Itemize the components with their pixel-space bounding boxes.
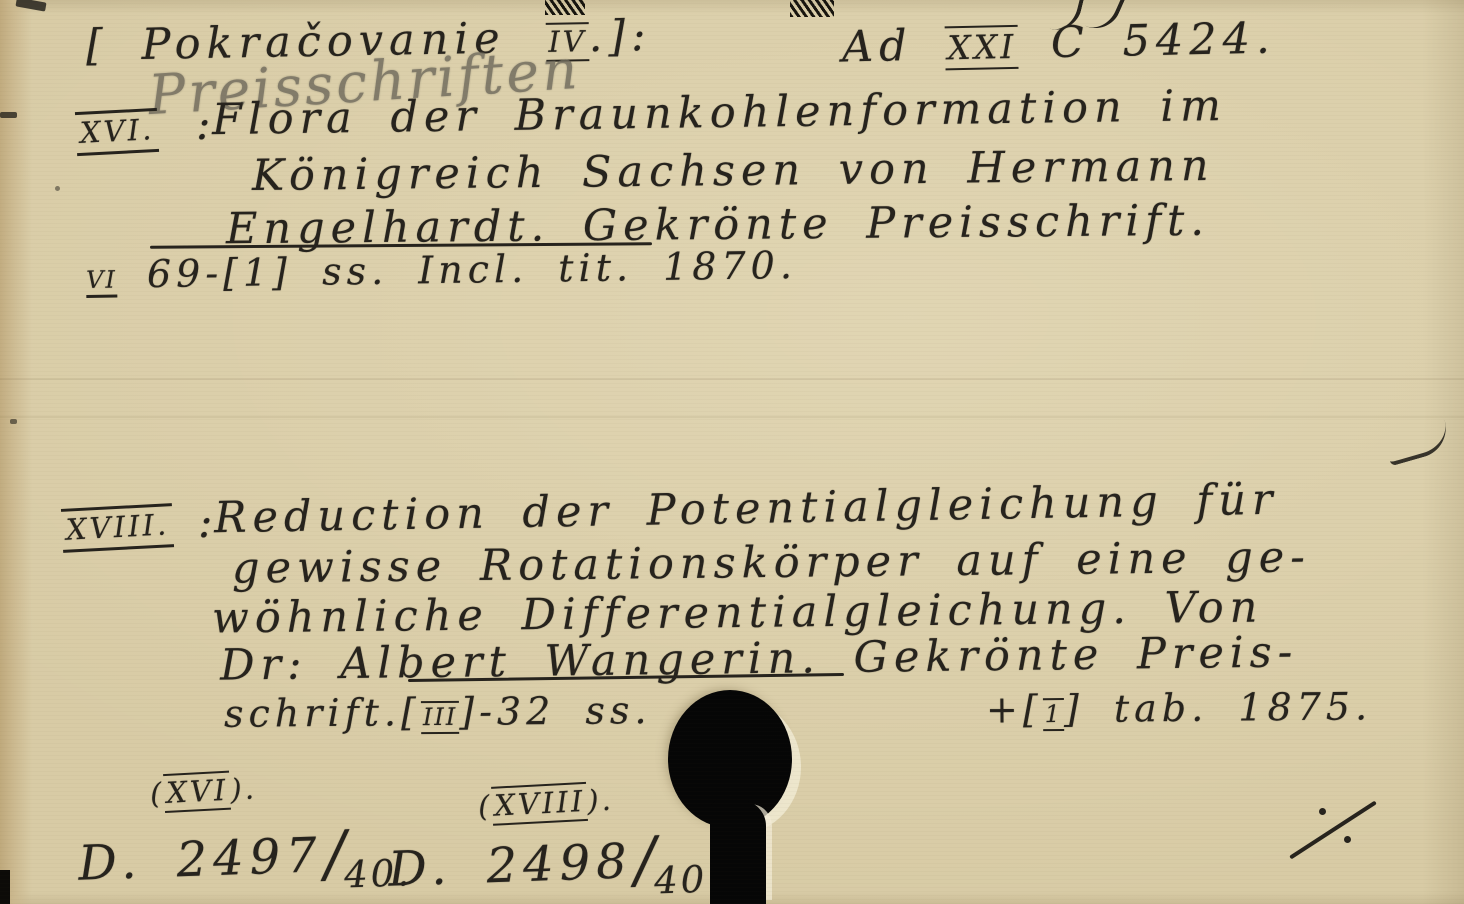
ref1-number-prefix: D. 2497 — [77, 827, 323, 891]
bracket1-numeral: III — [421, 701, 460, 734]
catalog-card: [ Pokračovanie IV.]: Ad XXI C 5424. Prei… — [0, 0, 1464, 904]
bracket1-close: ] — [459, 690, 479, 734]
slash-dot-mark-icon — [1282, 795, 1382, 870]
footer-ref1-label: (XVI). — [149, 771, 258, 811]
paper-crease-2 — [0, 416, 1464, 418]
entry-xvi-collation: 69-[1] ss. Incl. tit. 1870. — [147, 243, 798, 296]
entry-xvi-volume: VI — [86, 266, 117, 298]
entry-xviii-line1: Reduction der Potentialgleichung für — [214, 475, 1279, 544]
punch-hole-slot — [710, 800, 766, 904]
entry-xviii-line5-left: schrift.[III]-32 ss. — [224, 688, 652, 736]
scan-speck-1 — [10, 419, 17, 424]
slash-dot-mark-slash — [1289, 801, 1377, 860]
shelfmark-prefix: Ad — [842, 21, 914, 72]
entry-xviii-line5-right: +[1] tab. 1875. — [986, 684, 1372, 731]
entry-xviii-line4-post: . Gekrönte Preis- — [801, 627, 1299, 683]
entry-xviii-author-pre: Dr: Albert — [220, 637, 512, 691]
plus-sign: + — [986, 687, 1023, 731]
scan-artifact-hatch-1 — [545, 0, 585, 15]
footer-ref2-number: D. 2498/40. — [387, 816, 723, 901]
continuation-bracket-close: .]: — [588, 11, 652, 62]
entry-xviii-collation-post: tab. 1875. — [1114, 684, 1373, 730]
scan-artifact-top-left — [15, 0, 46, 12]
ref2-paren-close: ). — [586, 782, 614, 817]
footer-ref2-label: (XVIII). — [477, 782, 614, 823]
scan-artifact-left-tick — [0, 112, 17, 118]
scan-artifact-bottom-left — [0, 870, 10, 904]
slash-dot-mark-dot-top — [1319, 808, 1326, 815]
shelfmark-numeral: XXI — [945, 25, 1019, 71]
ref2-numeral: XVIII — [491, 782, 588, 826]
continuation-bracket-open: [ — [86, 21, 110, 71]
entry-xviii-collation-pre: schrift. — [224, 690, 401, 736]
entry-xviii-label: XVIII. — [61, 503, 174, 553]
ref2-number-prefix: D. 2498 — [387, 833, 633, 897]
entry-xvi-line2: Königreich Sachsen von Hermann — [252, 141, 1215, 201]
entry-xvi-line4: VI 69-[1] ss. Incl. tit. 1870. — [86, 243, 797, 297]
bracket1-open: [ — [401, 690, 421, 734]
bracket2-numeral: 1 — [1043, 698, 1065, 731]
ref1-numeral: XVI — [163, 771, 231, 813]
entry-xvi-label: XVI. — [75, 108, 159, 156]
slash-dot-mark-dot-bottom — [1344, 836, 1351, 843]
paper-crease-1 — [0, 378, 1464, 380]
bracket2-open: [ — [1023, 687, 1043, 731]
scan-artifact-hatch-2 — [790, 0, 834, 17]
stray-pen-stroke — [1383, 420, 1453, 466]
entry-xviii-collation-mid: -32 ss. — [479, 688, 652, 734]
footer-ref1-number: D. 2497/40. — [77, 810, 413, 895]
scan-speck-2 — [55, 186, 60, 191]
ref1-paren-close: ). — [229, 771, 257, 806]
bracket2-close: ] — [1064, 687, 1084, 731]
